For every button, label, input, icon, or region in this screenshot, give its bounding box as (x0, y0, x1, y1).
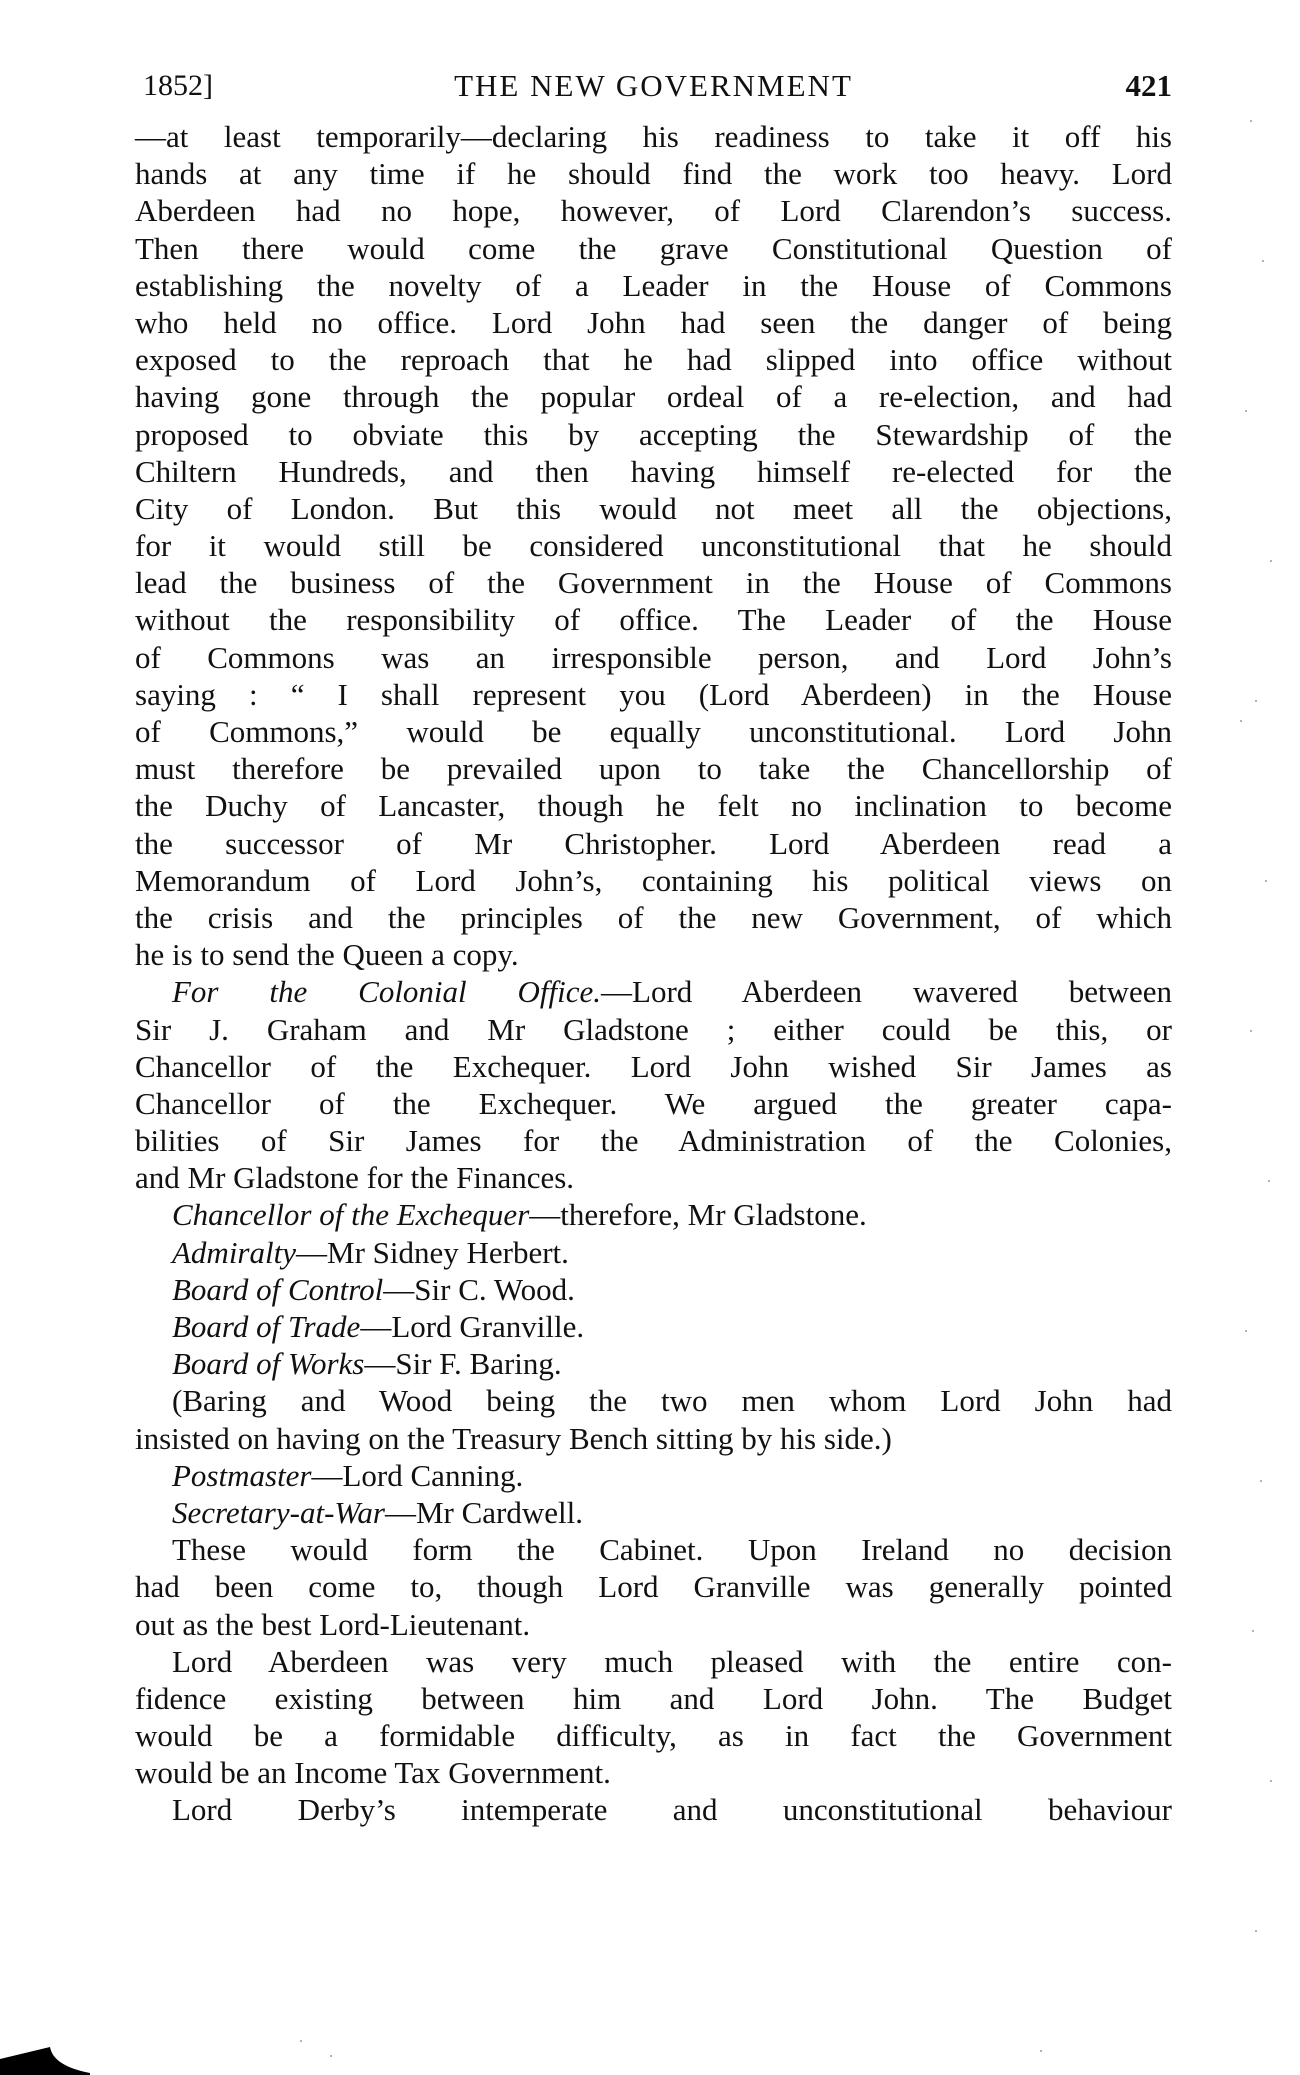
text-line: insisted on having on the Treasury Bench… (135, 1420, 1172, 1457)
text-line: without the responsibility of office. Th… (135, 601, 1172, 638)
cabinet-entry: Board of Works—Sir F. Baring. (135, 1345, 1172, 1382)
office-title: Postmaster (172, 1458, 312, 1493)
text-line: would be an Income Tax Government. (135, 1754, 1172, 1791)
text-line: Lord Derby’s intemperate and unconstitut… (135, 1791, 1172, 1828)
text-line: he is to send the Queen a copy. (135, 936, 1172, 973)
office-title: Admiralty (172, 1235, 296, 1270)
text-line: Chiltern Hundreds, and then having himse… (135, 453, 1172, 490)
text-line: for it would still be considered unconst… (135, 527, 1172, 564)
office-title: Chancellor of the Exchequer (172, 1197, 529, 1232)
text-line: the successor of Mr Christopher. Lord Ab… (135, 825, 1172, 862)
running-head-title: THE NEW GOVERNMENT (135, 66, 1172, 106)
office-title: Board of Works (172, 1346, 364, 1381)
text-line: had been come to, though Lord Granville … (135, 1568, 1172, 1605)
text-line: would be a formidable difficulty, as in … (135, 1717, 1172, 1754)
text-line: having gone through the popular ordeal o… (135, 378, 1172, 415)
text-line: Sir J. Graham and Mr Gladstone ; either … (135, 1011, 1172, 1048)
text-line: —at least temporarily—declaring his read… (135, 118, 1172, 155)
text-line: Chancellor of the Exchequer. We argued t… (135, 1085, 1172, 1122)
text-line: who held no office. Lord John had seen t… (135, 304, 1172, 341)
body-text: —at least temporarily—declaring his read… (135, 118, 1172, 1829)
text-line: lead the business of the Government in t… (135, 564, 1172, 601)
text-line: the crisis and the principles of the new… (135, 899, 1172, 936)
office-title: Board of Trade (172, 1309, 360, 1344)
page-number: 421 (1126, 66, 1173, 106)
text-line: Lord Aberdeen was very much pleased with… (135, 1643, 1172, 1680)
text-line: and Mr Gladstone for the Finances. (135, 1159, 1172, 1196)
cabinet-entry: Postmaster—Lord Canning. (135, 1457, 1172, 1494)
cabinet-entry: Board of Trade—Lord Granville. (135, 1308, 1172, 1345)
text-line: fidence existing between him and Lord Jo… (135, 1680, 1172, 1717)
text-line: City of London. But this would not meet … (135, 490, 1172, 527)
office-title: Secretary-at-War (172, 1495, 385, 1530)
text-line: bilities of Sir James for the Administra… (135, 1122, 1172, 1159)
text-line: the Duchy of Lancaster, though he felt n… (135, 787, 1172, 824)
cabinet-entry: Chancellor of the Exchequer—therefore, M… (135, 1196, 1172, 1233)
page-curl-mark (0, 2045, 90, 2075)
running-head: 1852] THE NEW GOVERNMENT 421 (135, 66, 1172, 106)
text-line: of Commons,” would be equally unconstitu… (135, 713, 1172, 750)
text-line: out as the best Lord-Lieutenant. (135, 1606, 1172, 1643)
text-line: exposed to the reproach that he had slip… (135, 341, 1172, 378)
text-line: Then there would come the grave Constitu… (135, 230, 1172, 267)
text-line: establishing the novelty of a Leader in … (135, 267, 1172, 304)
text-line: Aberdeen had no hope, however, of Lord C… (135, 192, 1172, 229)
cabinet-entry: Board of Control—Sir C. Wood. (135, 1271, 1172, 1308)
text-line: hands at any time if he should find the … (135, 155, 1172, 192)
italic-heading: For the Colonial Office. (172, 974, 601, 1009)
cabinet-entry: Admiralty—Mr Sidney Herbert. (135, 1234, 1172, 1271)
text-line: must therefore be prevailed upon to take… (135, 750, 1172, 787)
paragraph-colonial-office: For the Colonial Office.—Lord Aberdeen w… (135, 973, 1172, 1010)
text-line: (Baring and Wood being the two men whom … (135, 1382, 1172, 1419)
text-line: Chancellor of the Exchequer. Lord John w… (135, 1048, 1172, 1085)
text-line: These would form the Cabinet. Upon Irela… (135, 1531, 1172, 1568)
cabinet-entry: Secretary-at-War—Mr Cardwell. (135, 1494, 1172, 1531)
text-line: Memorandum of Lord John’s, containing hi… (135, 862, 1172, 899)
text-line: saying : “ I shall represent you (Lord A… (135, 676, 1172, 713)
text-line: of Commons was an irresponsible person, … (135, 639, 1172, 676)
office-title: Board of Control (172, 1272, 383, 1307)
text-line: proposed to obviate this by accepting th… (135, 416, 1172, 453)
